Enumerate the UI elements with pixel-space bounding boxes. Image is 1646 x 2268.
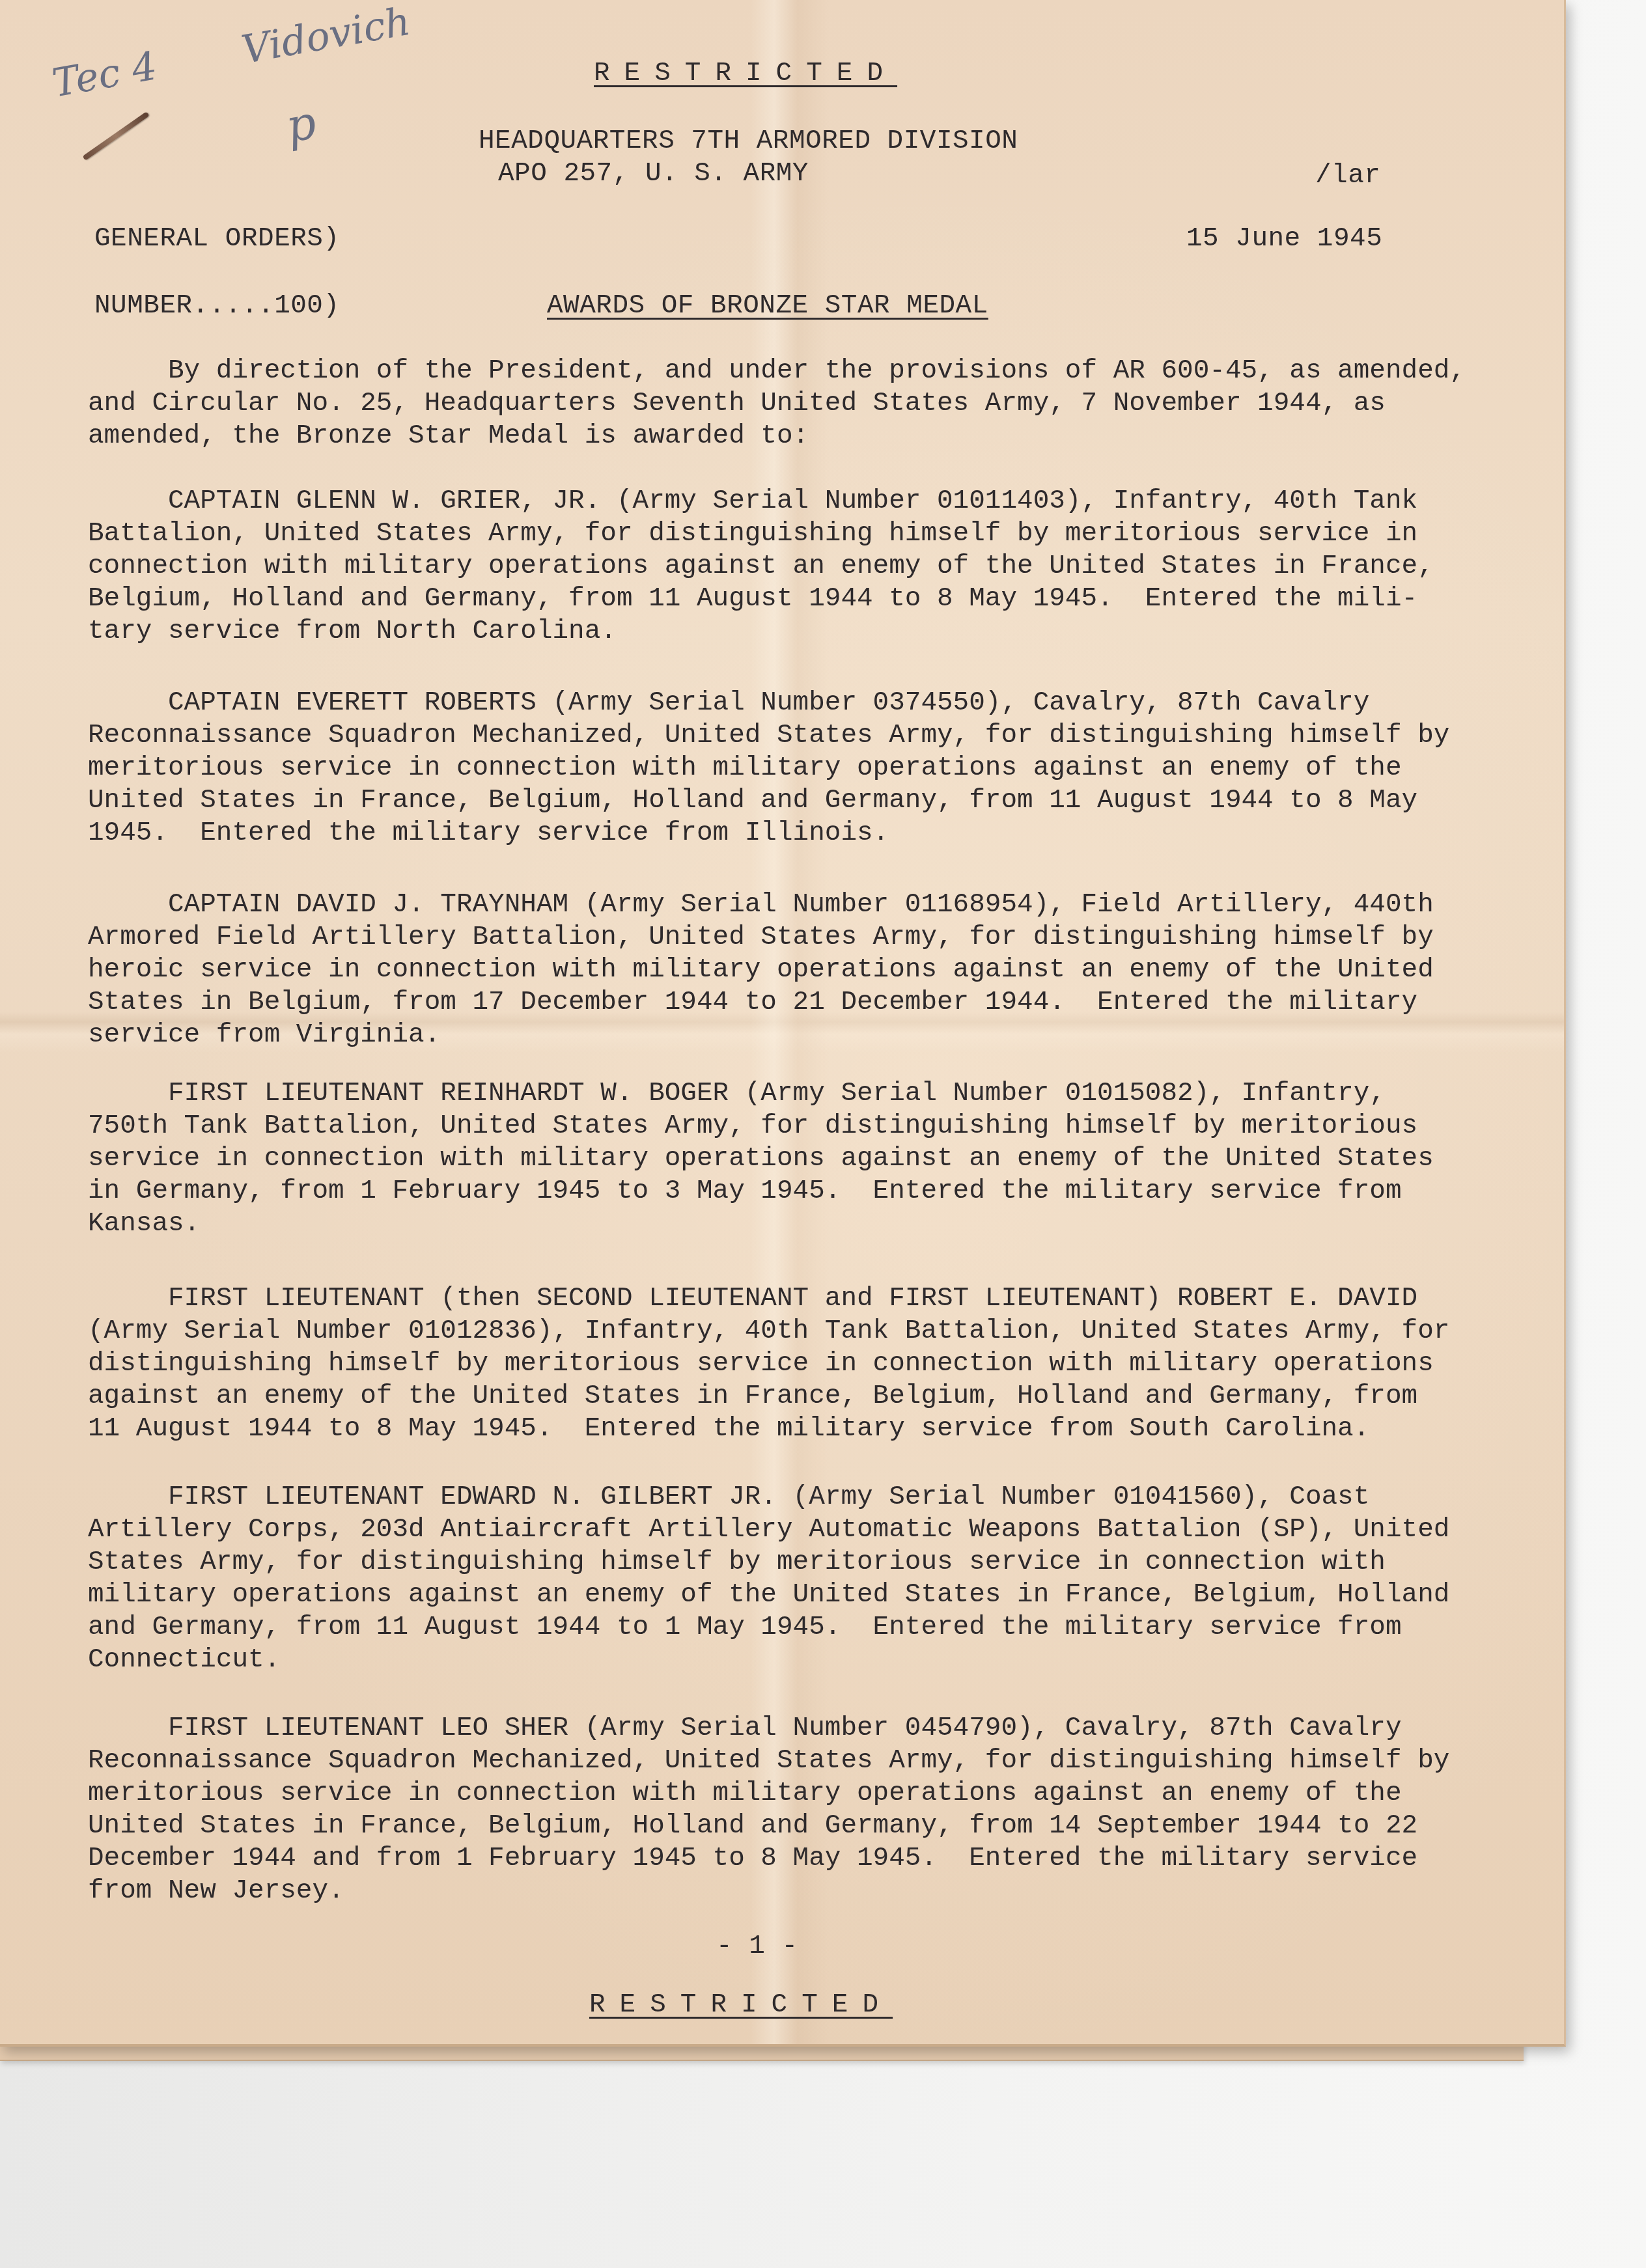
classification-bottom: RESTRICTED bbox=[589, 1989, 893, 2021]
award-line: CAPTAIN DAVID J. TRAYNHAM (Army Serial N… bbox=[88, 889, 1488, 921]
award-line: military operations against an enemy of … bbox=[88, 1579, 1488, 1611]
award-line: heroic service in connection with milita… bbox=[88, 954, 1488, 986]
award-line: meritorious service in connection with m… bbox=[88, 752, 1488, 784]
handwritten-initial-note: p bbox=[282, 96, 320, 154]
award-line: Battalion, United States Army, for disti… bbox=[88, 518, 1488, 550]
award-paragraph-boger: FIRST LIEUTENANT REINHARDT W. BOGER (Arm… bbox=[88, 1077, 1488, 1240]
intro-line: By direction of the President, and under… bbox=[88, 355, 1488, 387]
award-line: connection with military operations agai… bbox=[88, 550, 1488, 583]
intro-paragraph: By direction of the President, and under… bbox=[88, 355, 1488, 452]
award-line: 11 August 1944 to 8 May 1945. Entered th… bbox=[88, 1413, 1488, 1445]
award-paragraph-grier: CAPTAIN GLENN W. GRIER, JR. (Army Serial… bbox=[88, 485, 1488, 648]
award-line: tary service from North Carolina. bbox=[88, 615, 1488, 648]
award-line: FIRST LIEUTENANT LEO SHER (Army Serial N… bbox=[88, 1712, 1488, 1745]
award-line: United States in France, Belgium, Hollan… bbox=[88, 1810, 1488, 1842]
award-line: Reconnaissance Squadron Mechanized, Unit… bbox=[88, 1745, 1488, 1777]
page-number: - 1 - bbox=[716, 1930, 798, 1963]
award-line: service in connection with military oper… bbox=[88, 1142, 1488, 1175]
award-line: Armored Field Artillery Battalion, Unite… bbox=[88, 921, 1488, 954]
handwritten-name-note: Vidovich bbox=[238, 0, 414, 73]
award-line: FIRST LIEUTENANT EDWARD N. GILBERT JR. (… bbox=[88, 1481, 1488, 1514]
handwritten-rank-note: Tec 4 bbox=[49, 43, 160, 106]
award-line: Belgium, Holland and Germany, from 11 Au… bbox=[88, 583, 1488, 615]
award-line: 750th Tank Battalion, United States Army… bbox=[88, 1110, 1488, 1142]
intro-line: amended, the Bronze Star Medal is awarde… bbox=[88, 420, 1488, 452]
general-orders-label: GENERAL ORDERS) bbox=[94, 223, 340, 255]
award-line: 1945. Entered the military service from … bbox=[88, 817, 1488, 850]
award-line: distinguishing himself by meritorious se… bbox=[88, 1348, 1488, 1380]
document-page: Tec 4 Vidovich p RESTRICTED HEADQUARTERS… bbox=[0, 0, 1566, 2047]
award-line: Artillery Corps, 203d Antiaircraft Artil… bbox=[88, 1514, 1488, 1546]
order-number: NUMBER.....100) bbox=[94, 290, 340, 322]
reference-initials: /lar bbox=[1315, 159, 1380, 192]
unit-heading: HEADQUARTERS 7TH ARMORED DIVISION bbox=[479, 125, 1018, 158]
award-line: States in Belgium, from 17 December 1944… bbox=[88, 986, 1488, 1019]
award-line: and Germany, from 11 August 1944 to 1 Ma… bbox=[88, 1611, 1488, 1644]
award-line: in Germany, from 1 February 1945 to 3 Ma… bbox=[88, 1175, 1488, 1208]
award-line: States Army, for distinguishing himself … bbox=[88, 1546, 1488, 1579]
award-paragraph-sher: FIRST LIEUTENANT LEO SHER (Army Serial N… bbox=[88, 1712, 1488, 1907]
award-line: from New Jersey. bbox=[88, 1875, 1488, 1907]
award-line: December 1944 and from 1 February 1945 t… bbox=[88, 1842, 1488, 1875]
order-date: 15 June 1945 bbox=[1186, 223, 1382, 255]
apo-address: APO 257, U. S. ARMY bbox=[498, 158, 809, 190]
award-line: meritorious service in connection with m… bbox=[88, 1777, 1488, 1810]
award-paragraph-gilbert: FIRST LIEUTENANT EDWARD N. GILBERT JR. (… bbox=[88, 1481, 1488, 1676]
award-paragraph-david: FIRST LIEUTENANT (then SECOND LIEUTENANT… bbox=[88, 1282, 1488, 1445]
staple-icon bbox=[83, 111, 150, 160]
award-line: service from Virginia. bbox=[88, 1019, 1488, 1051]
classification-top: RESTRICTED bbox=[594, 57, 897, 90]
award-line: FIRST LIEUTENANT REINHARDT W. BOGER (Arm… bbox=[88, 1077, 1488, 1110]
order-subject: AWARDS OF BRONZE STAR MEDAL bbox=[547, 290, 988, 322]
intro-line: and Circular No. 25, Headquarters Sevent… bbox=[88, 387, 1488, 420]
award-line: (Army Serial Number 01012836), Infantry,… bbox=[88, 1315, 1488, 1348]
award-line: FIRST LIEUTENANT (then SECOND LIEUTENANT… bbox=[88, 1282, 1488, 1315]
award-line: CAPTAIN EVERETT ROBERTS (Army Serial Num… bbox=[88, 687, 1488, 719]
award-line: United States in France, Belgium, Hollan… bbox=[88, 784, 1488, 817]
award-line: CAPTAIN GLENN W. GRIER, JR. (Army Serial… bbox=[88, 485, 1488, 518]
award-paragraph-roberts: CAPTAIN EVERETT ROBERTS (Army Serial Num… bbox=[88, 687, 1488, 850]
award-line: against an enemy of the United States in… bbox=[88, 1380, 1488, 1413]
award-line: Kansas. bbox=[88, 1208, 1488, 1240]
award-paragraph-traynham: CAPTAIN DAVID J. TRAYNHAM (Army Serial N… bbox=[88, 889, 1488, 1051]
award-line: Connecticut. bbox=[88, 1644, 1488, 1676]
award-line: Reconnaissance Squadron Mechanized, Unit… bbox=[88, 719, 1488, 752]
